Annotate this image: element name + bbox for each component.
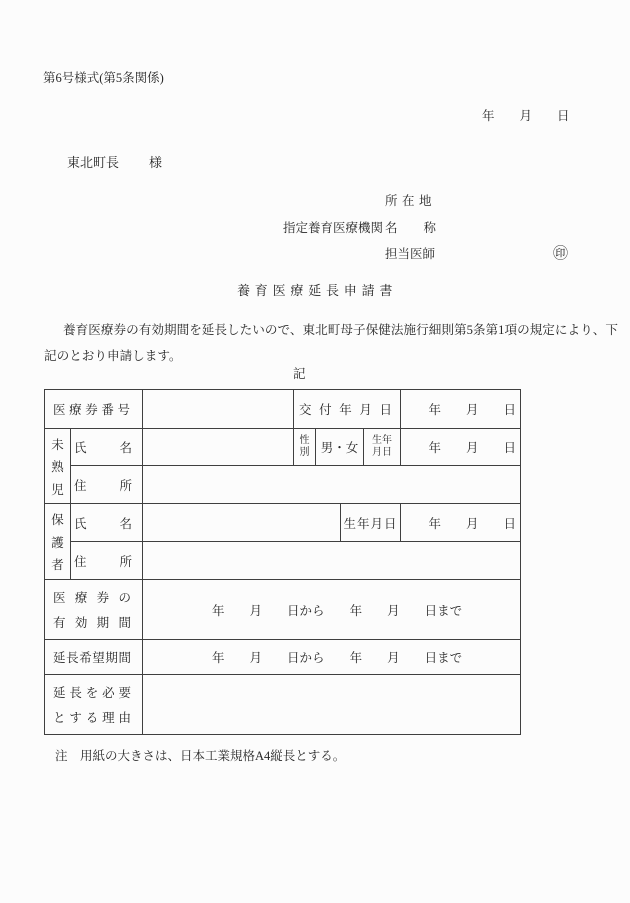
date-unit: 年: [428, 514, 441, 532]
label-char: 効: [75, 613, 88, 631]
header-date-month: 月: [520, 106, 533, 124]
extension-label-cell: 延 長 希 望 期 間: [45, 640, 143, 675]
body-line-1: 養育医療券の有効期間を延長したいので、東北町母子保健法施行細則第5条第1項の規定…: [44, 317, 618, 343]
label-char: 券: [85, 400, 98, 418]
issue-date-label-cell: 交 付 年 月 日: [294, 390, 401, 429]
guardian-group-cell: 保 護 者: [45, 504, 71, 580]
label-char: る: [86, 708, 99, 726]
label-char: 性: [300, 435, 310, 447]
label-char: 月: [359, 400, 372, 418]
date-unit: 月: [466, 514, 479, 532]
label-char: と: [53, 708, 66, 726]
label-char: 券: [97, 588, 110, 606]
institution-address-label: 所在地: [385, 191, 436, 209]
addressee-honorific: 様: [149, 152, 162, 171]
label-char: 療: [75, 588, 88, 606]
reason-label-cell: 延 長 を 必 要 と す る 理 由: [45, 675, 143, 735]
label-char: 有: [53, 613, 66, 631]
label-char: 延: [53, 648, 66, 666]
label-char: 必: [102, 683, 115, 701]
date-unit: 年: [428, 438, 441, 456]
form-document: 第6号様式(第5条関係) 年 月 日 東北町長 様 所在地 指定養育医療機関 名…: [0, 0, 630, 903]
date-unit: 年: [428, 400, 441, 418]
label-char: 期: [105, 648, 118, 666]
period-part: 年: [212, 601, 225, 619]
note-text: 注 用紙の大きさは、日本工業規格A4縦長とする。: [55, 746, 345, 764]
body-paragraph: 養育医療券の有効期間を延長したいので、東北町母子保健法施行細則第5条第1項の規定…: [44, 317, 618, 369]
period-part: 日から: [287, 601, 325, 619]
label-char: 望: [92, 648, 105, 666]
institution-org-label: 指定養育医療機関: [283, 218, 383, 236]
label-char: 氏: [74, 438, 87, 456]
seal-stamp-icon: ㊞: [553, 242, 568, 263]
label-char: を: [86, 683, 99, 701]
period-part: 日から: [287, 648, 325, 666]
application-table: 医 療 券 番 号 交 付 年 月 日 年: [44, 389, 521, 735]
label-char: 要: [119, 683, 132, 701]
label-char: 名: [120, 514, 133, 532]
label-char: 年: [339, 400, 352, 418]
label-char: 号: [118, 400, 131, 418]
group-char: 護: [51, 533, 64, 551]
label-char: 日: [380, 400, 393, 418]
premature-birth-label-cell: 生年 月日: [364, 429, 401, 466]
header-date-year: 年: [482, 106, 495, 124]
label-char: 由: [119, 708, 132, 726]
label-char: 長: [69, 683, 82, 701]
label-char: 療: [69, 400, 82, 418]
group-char: 保: [51, 510, 64, 528]
label-char: 長: [66, 648, 79, 666]
label-char: 間: [118, 613, 131, 631]
premature-name-input-cell: [143, 429, 294, 466]
form-title: 養育医療延長申請書: [237, 280, 397, 299]
label-part: 月日: [372, 447, 392, 459]
label-char: 理: [102, 708, 115, 726]
doctor-label: 担当医師: [385, 244, 435, 262]
label-char: 希: [79, 648, 92, 666]
period-part: 年: [212, 648, 225, 666]
premature-address-label-cell: 住 所: [71, 466, 143, 504]
label-char: 所: [120, 476, 133, 494]
header-date-day: 日: [557, 106, 570, 124]
guardian-name-label-cell: 氏 名: [71, 504, 143, 542]
label-char: の: [118, 588, 131, 606]
period-part: 日まで: [425, 601, 463, 619]
guardian-address-label-cell: 住 所: [71, 542, 143, 580]
guardian-birth-value-cell: 年 月 日: [401, 504, 521, 542]
reason-input-cell: [143, 675, 521, 735]
premature-name-label-cell: 氏 名: [71, 429, 143, 466]
ticket-number-label-cell: 医 療 券 番 号: [45, 390, 143, 429]
period-part: 年: [350, 601, 363, 619]
sex-label-cell: 性 別: [294, 429, 316, 466]
label-char: 間: [118, 648, 131, 666]
header-date: 年 月 日: [482, 106, 570, 124]
period-part: 月: [387, 648, 400, 666]
premature-birth-value-cell: 年 月 日: [401, 429, 521, 466]
date-unit: 日: [504, 514, 517, 532]
sex-value-cell: 男・女: [316, 429, 364, 466]
period-part: 月: [387, 601, 400, 619]
form-number: 第6号様式(第5条関係): [43, 68, 164, 86]
period-part: 月: [250, 601, 263, 619]
body-line-2: 記のとおり申請します。: [44, 343, 618, 369]
guardian-name-input-cell: [143, 504, 341, 542]
group-char: 児: [51, 480, 64, 498]
label-char: 住: [74, 552, 87, 570]
label-char: 医: [53, 400, 66, 418]
date-unit: 日: [504, 438, 517, 456]
institution-name-label: 名 称: [385, 218, 436, 236]
validity-label-cell: 医 療 券 の 有 効 期 間: [45, 580, 143, 640]
group-char: 未: [51, 435, 64, 453]
date-unit: 月: [466, 400, 479, 418]
guardian-birth-label-cell: 生年月日: [341, 504, 401, 542]
label-char: 住: [74, 476, 87, 494]
group-char: 熟: [51, 457, 64, 475]
label-char: 医: [53, 588, 66, 606]
addressee: 東北町長: [67, 152, 119, 171]
period-part: 年: [350, 648, 363, 666]
name-label-char: 名: [385, 218, 398, 236]
label-char: 付: [319, 400, 332, 418]
label-char: 名: [120, 438, 133, 456]
premature-group-cell: 未 熟 児: [45, 429, 71, 504]
label-char: 期: [97, 613, 110, 631]
validity-period-cell: 年 月 日から 年 月 日まで: [143, 580, 521, 640]
period-part: 日まで: [425, 648, 463, 666]
ki-heading: 記: [293, 364, 306, 382]
issue-date-value-cell: 年 月 日: [401, 390, 521, 429]
label-part: 生年: [372, 435, 392, 447]
ticket-number-input-cell: [143, 390, 294, 429]
name-label-char: 称: [424, 218, 437, 236]
label-char: 延: [53, 683, 66, 701]
premature-address-input-cell: [143, 466, 521, 504]
addressee-line: 東北町長 様: [67, 152, 162, 171]
label-char: 氏: [74, 514, 87, 532]
label-char: 番: [101, 400, 114, 418]
extension-period-cell: 年 月 日から 年 月 日まで: [143, 640, 521, 675]
date-unit: 月: [466, 438, 479, 456]
label-char: 交: [299, 400, 312, 418]
guardian-address-input-cell: [143, 542, 521, 580]
label-char: 所: [120, 552, 133, 570]
group-char: 者: [51, 555, 64, 573]
label-char: す: [69, 708, 82, 726]
label-char: 別: [300, 447, 310, 459]
period-part: 月: [250, 648, 263, 666]
date-unit: 日: [504, 400, 517, 418]
